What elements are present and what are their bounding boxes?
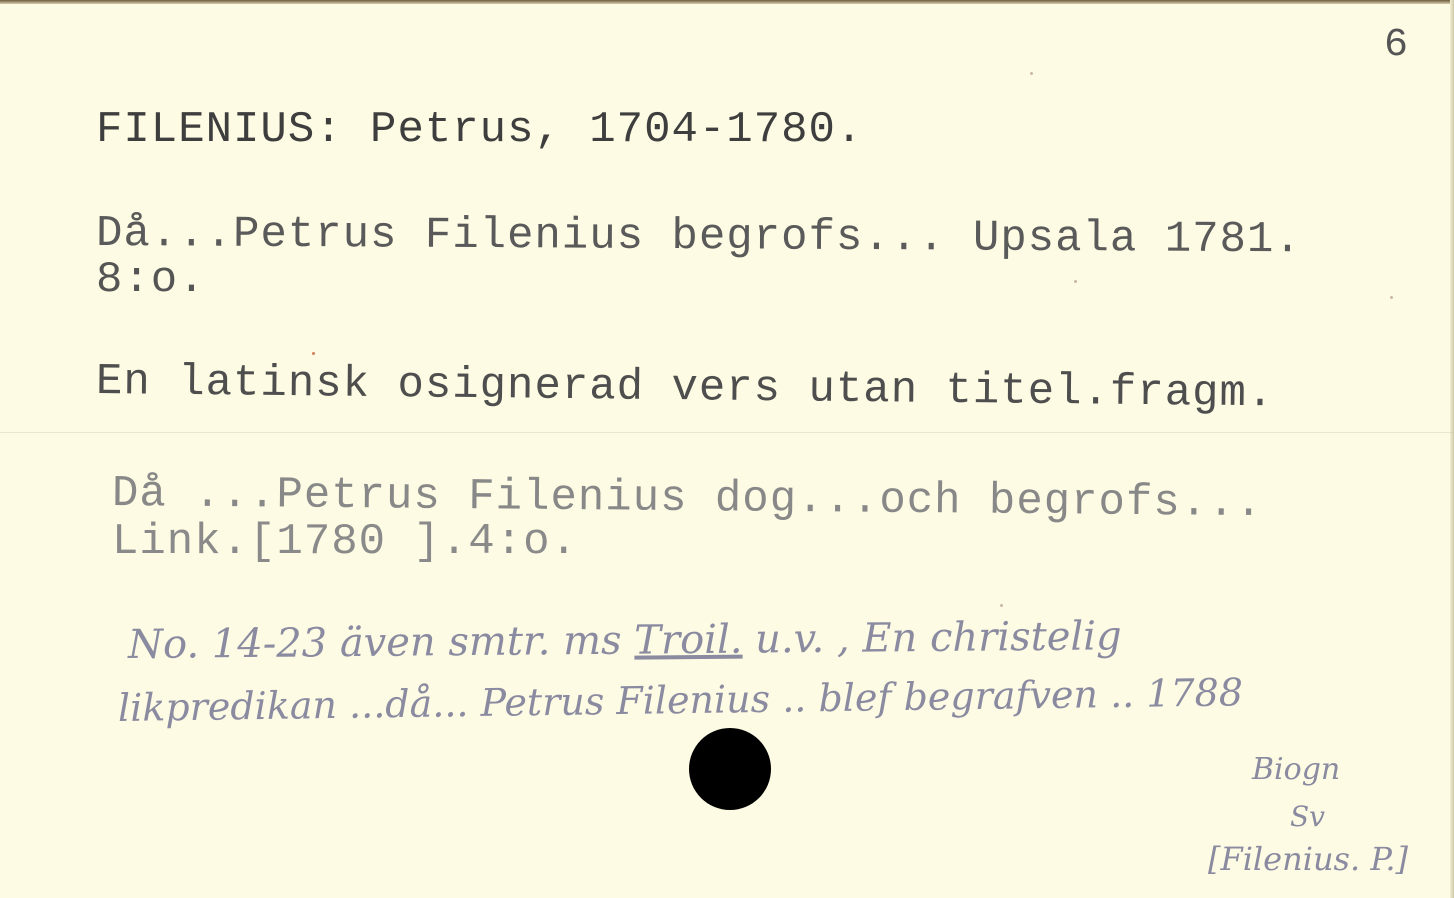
paper-speck [1390, 296, 1393, 299]
handwritten-note-reference: Troil. [634, 617, 743, 664]
classification-line-2: Sv [1290, 800, 1325, 833]
card-crease [0, 432, 1454, 433]
paper-speck [1000, 604, 1003, 607]
handwritten-note-line-1: No. 14-23 även smtr. ms Troil. u.v. , En… [128, 613, 1122, 668]
classification-line-1: Biogn [1252, 752, 1340, 787]
handwritten-note-prefix: No. 14-23 även smtr. ms [128, 618, 635, 668]
card-heading: FILENIUS: Petrus, 1704-1780. [96, 108, 863, 152]
classification-line-3: [Filenius. P.] [1208, 840, 1408, 878]
paper-speck [312, 352, 315, 355]
handwritten-note-line-2: likpredikan ...då... Petrus Filenius .. … [118, 670, 1244, 730]
entry-1-line-1: Då...Petrus Filenius begrofs... Upsala 1… [96, 212, 1302, 262]
entry-2-line-1: En latinsk osignerad vers utan titel.fra… [96, 360, 1275, 416]
card-top-edge [0, 0, 1454, 4]
paper-speck [1074, 280, 1077, 283]
punch-hole-icon [689, 728, 771, 810]
entry-1-line-2: 8:o. [96, 258, 206, 302]
card-right-edge [1450, 0, 1454, 898]
page-number: 6 [1384, 24, 1409, 68]
handwritten-note-suffix: u.v. , En christelig [742, 613, 1122, 662]
entry-3-line-2: Link.[1780 ].4:o. [112, 520, 578, 564]
paper-speck [1030, 72, 1033, 75]
catalog-card: 6 FILENIUS: Petrus, 1704-1780. Då...Petr… [0, 0, 1454, 898]
